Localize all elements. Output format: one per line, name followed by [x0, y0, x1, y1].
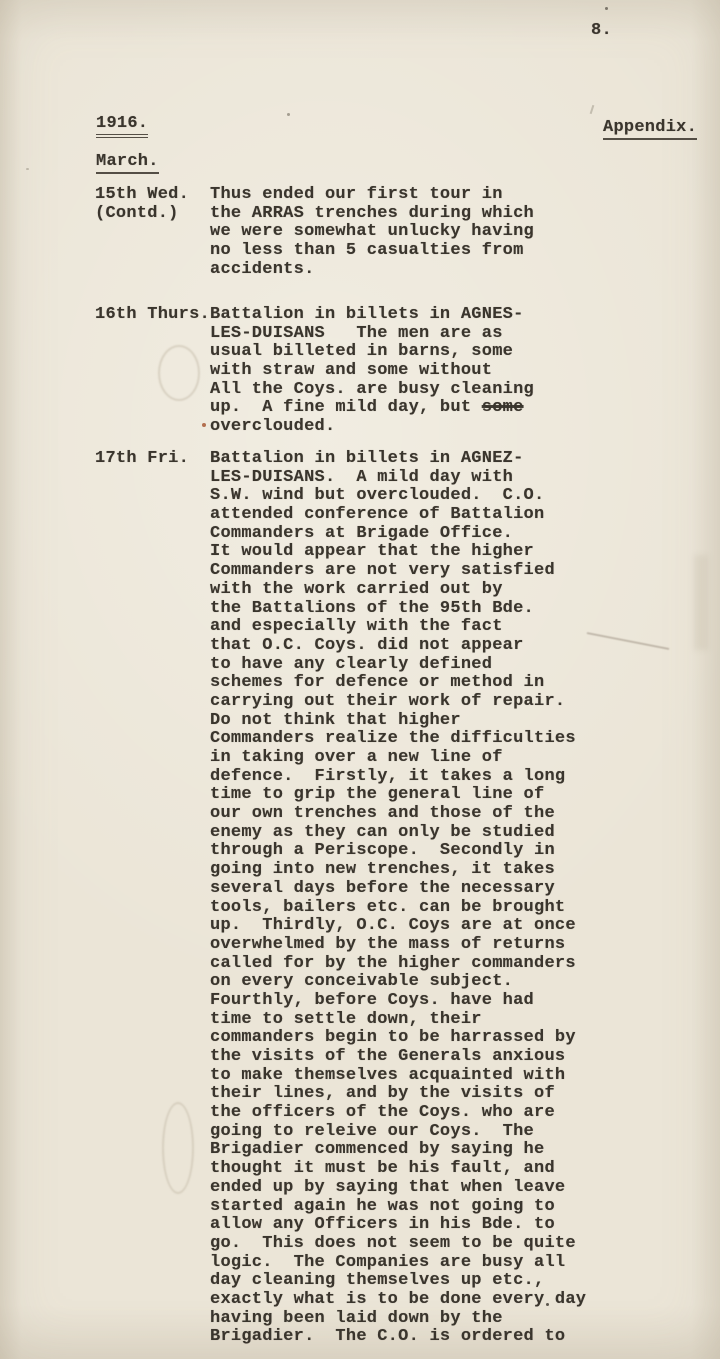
entry-line: S.W. wind but overclouded. C.O.: [210, 487, 586, 506]
entry-line: the visits of the Generals anxious: [210, 1048, 586, 1067]
month-heading: March.: [96, 151, 159, 172]
paper-smudge: [694, 555, 708, 650]
page-number: 8.: [591, 21, 612, 41]
entry-line: It would appear that the higher: [210, 543, 586, 562]
entry-date-line: 16th Thurs.: [95, 306, 210, 325]
entry-line: commanders begin to be harrassed by: [210, 1029, 586, 1048]
entry-line: and especially with the fact: [210, 618, 586, 637]
entry-line: attended conference of Battalion: [210, 506, 586, 525]
entry-line: called for by the higher commanders: [210, 955, 586, 974]
appendix-heading-text: Appendix.: [603, 118, 697, 140]
entry-line: on every conceivable subject.: [210, 973, 586, 992]
entry-line: going to releive our Coys. The: [210, 1123, 586, 1142]
entry-line: usual billeted in barns, some: [210, 343, 534, 362]
entry-line: their lines, and by the visits of: [210, 1085, 586, 1104]
struck-out-word: some: [482, 398, 524, 417]
entry-line: through a Periscope. Secondly in: [210, 842, 586, 861]
entry-line: our own trenches and those of the: [210, 805, 586, 824]
entry-line: Fourthly, before Coys. have had: [210, 992, 586, 1011]
pencil-scratch: [587, 632, 670, 650]
appendix-heading: Appendix.: [603, 117, 697, 138]
entry-line: allow any Officers in his Bde. to: [210, 1216, 586, 1235]
entry-line: no less than 5 casualties from: [210, 242, 534, 261]
entry-line: in taking over a new line of: [210, 749, 586, 768]
entry-line: time to grip the general line of: [210, 786, 586, 805]
entry-line: the Battalions of the 95th Bde.: [210, 600, 586, 619]
entry-line: Commanders realize the difficulties: [210, 730, 586, 749]
entry-line: the ARRAS trenches during which: [210, 205, 534, 224]
entry-line: Commanders at Brigade Office.: [210, 525, 586, 544]
entry-line: All the Coys. are busy cleaning: [210, 381, 534, 400]
entry-date-line: (Contd.): [95, 205, 210, 224]
entry-line: enemy as they can only be studied: [210, 824, 586, 843]
entry-line: Battalion in billets in AGNEZ-: [210, 450, 586, 469]
document-page: 8. 1916. Appendix. March. 15th Wed.(Cont…: [0, 0, 720, 1359]
paper-speck: [26, 168, 29, 170]
entry-body: Battalion in billets in AGNEZ-LES-DUISAN…: [210, 450, 586, 1347]
entry-line: Do not think that higher: [210, 712, 586, 731]
entry-line: the officers of the Coys. who are: [210, 1104, 586, 1123]
month-heading-text: March.: [96, 152, 159, 174]
entry-line: Commanders are not very satisfied: [210, 562, 586, 581]
diary-entry: 17th Fri.Battalion in billets in AGNEZ-L…: [95, 450, 586, 1347]
entry-line: Brigadier commenced by saying he: [210, 1141, 586, 1160]
ink-speck: [605, 7, 608, 10]
entry-line: carrying out their work of repair.: [210, 693, 586, 712]
entry-line: tools, bailers etc. can be brought: [210, 899, 586, 918]
entry-line: LES-DUISANS. A mild day with: [210, 469, 586, 488]
entry-line: go. This does not seem to be quite: [210, 1235, 586, 1254]
entry-line: overclouded.: [210, 418, 534, 437]
entry-line: Battalion in billets in AGNES-: [210, 306, 534, 325]
pen-mark: [590, 105, 595, 114]
entry-line: having been laid down by the: [210, 1310, 586, 1329]
entry-line: schemes for defence or method in: [210, 674, 586, 693]
entry-line: with the work carried out by: [210, 581, 586, 600]
entry-date-line: 17th Fri.: [95, 450, 210, 469]
entry-line: going into new trenches, it takes: [210, 861, 586, 880]
entry-line: with straw and some without: [210, 362, 534, 381]
entry-line: overwhelmed by the mass of returns: [210, 936, 586, 955]
entry-line: Thus ended our first tour in: [210, 186, 534, 205]
entry-line: Brigadier. The C.O. is ordered to: [210, 1328, 586, 1347]
entry-date: 16th Thurs.: [95, 306, 210, 325]
entry-line: thought it must be his fault, and: [210, 1160, 586, 1179]
entry-body: Thus ended our first tour inthe ARRAS tr…: [210, 186, 534, 279]
year-heading: 1916.: [96, 113, 148, 134]
year-heading-text: 1916.: [96, 114, 148, 138]
diary-entry: 16th Thurs.Battalion in billets in AGNES…: [95, 306, 534, 437]
entry-line: up. Thirdly, O.C. Coys are at once: [210, 917, 586, 936]
entry-line: that O.C. Coys. did not appear: [210, 637, 586, 656]
entry-line: time to settle down, their: [210, 1011, 586, 1030]
entry-body: Battalion in billets in AGNES-LES-DUISAN…: [210, 306, 534, 437]
entry-line: day cleaning themselves up etc.,: [210, 1272, 586, 1291]
entry-line: started again he was not going to: [210, 1198, 586, 1217]
ink-speck: [287, 113, 290, 116]
entry-line: logic. The Companies are busy all: [210, 1254, 586, 1273]
entry-line: exactly what is to be done every day: [210, 1291, 586, 1310]
entry-line: LES-DUISANS The men are as: [210, 325, 534, 344]
entry-line: to make themselves acquainted with: [210, 1067, 586, 1086]
entry-date: 15th Wed.(Contd.): [95, 186, 210, 223]
diary-entry: 15th Wed.(Contd.)Thus ended our first to…: [95, 186, 534, 279]
entry-line: ended up by saying that when leave: [210, 1179, 586, 1198]
entry-date: 17th Fri.: [95, 450, 210, 469]
entry-line: accidents.: [210, 261, 534, 280]
entry-line: we were somewhat unlucky having: [210, 223, 534, 242]
entry-line: up. A fine mild day, but some: [210, 399, 534, 418]
entry-line: to have any clearly defined: [210, 656, 586, 675]
entry-line-text: up. A fine mild day, but: [210, 398, 482, 417]
entry-line: defence. Firstly, it takes a long: [210, 768, 586, 787]
entry-date-line: 15th Wed.: [95, 186, 210, 205]
entry-line: several days before the necessary: [210, 880, 586, 899]
